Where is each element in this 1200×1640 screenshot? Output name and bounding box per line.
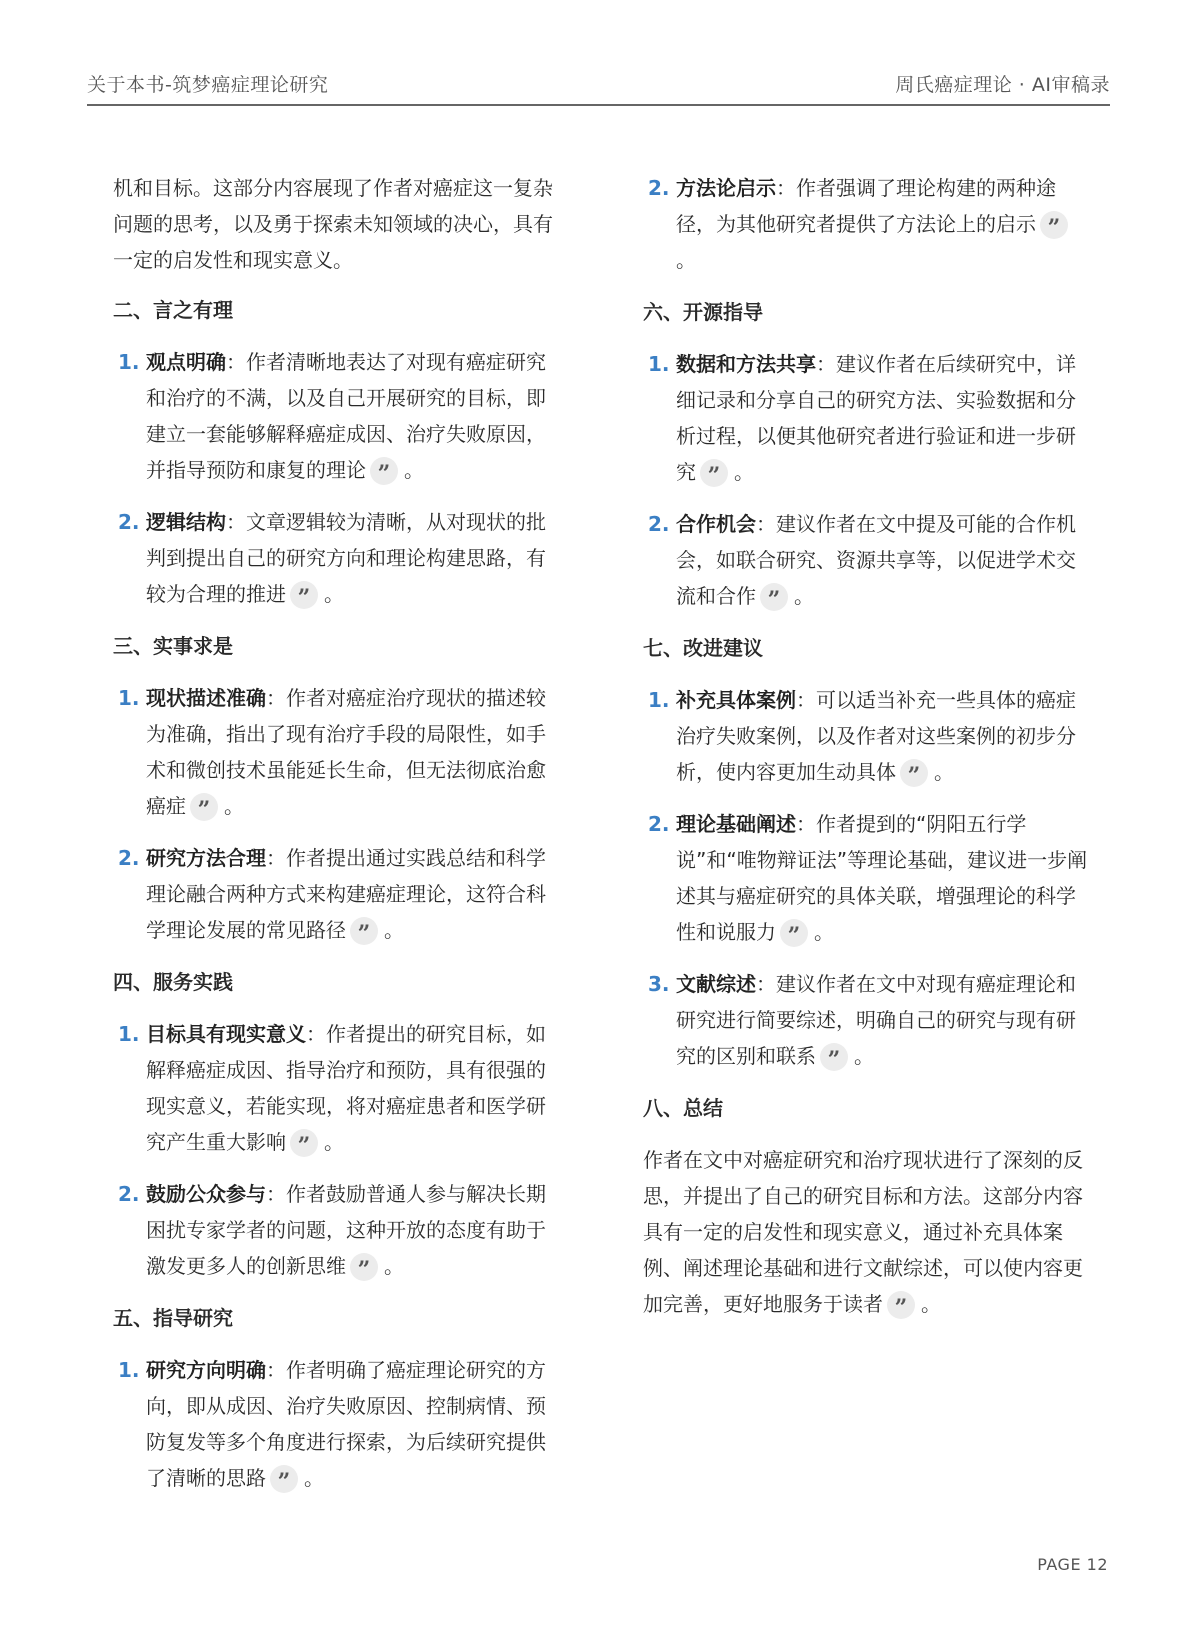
item-separator: ： — [756, 972, 776, 996]
list-number: 2. — [648, 170, 670, 206]
list-number: 1. — [118, 1016, 140, 1052]
citation-quote-icon[interactable]: ” — [290, 1129, 318, 1157]
header-series-title: 周氏癌症理论 · AI审稿录 — [895, 70, 1110, 97]
item-end: 。 — [734, 460, 754, 484]
item-separator: ： — [796, 688, 816, 712]
item-end: 。 — [854, 1044, 874, 1068]
item-term: 观点明确 — [146, 350, 226, 374]
list-number: 1. — [648, 346, 670, 382]
item-separator: ： — [756, 512, 776, 536]
citation-quote-icon[interactable]: ” — [1040, 211, 1068, 239]
list-number: 1. — [118, 680, 140, 716]
list-item: 1. 目标具有现实意义：作者提出的研究目标，如解释癌症成因、指导治疗和预防，具有… — [113, 1016, 563, 1160]
item-term: 合作机会 — [676, 512, 756, 536]
item-separator: ： — [306, 1022, 326, 1046]
item-term: 文献综述 — [676, 972, 756, 996]
intro-paragraph: 机和目标。这部分内容展现了作者对癌症这一复杂问题的思考，以及勇于探索未知领域的决… — [113, 170, 563, 278]
citation-quote-icon[interactable]: ” — [887, 1291, 915, 1319]
two-column-body: 机和目标。这部分内容展现了作者对癌症这一复杂问题的思考，以及勇于探索未知领域的决… — [113, 170, 1113, 1512]
citation-quote-icon[interactable]: ” — [760, 583, 788, 611]
item-end: 。 — [404, 458, 424, 482]
item-separator: ： — [266, 1182, 286, 1206]
item-term: 逻辑结构 — [146, 510, 226, 534]
citation-quote-icon[interactable]: ” — [270, 1465, 298, 1493]
item-separator: ： — [226, 350, 246, 374]
citation-quote-icon[interactable]: ” — [780, 919, 808, 947]
section-title: 六、开源指导 — [643, 294, 1093, 330]
citation-quote-icon[interactable]: ” — [190, 793, 218, 821]
item-end: 。 — [384, 1254, 404, 1278]
citation-quote-icon[interactable]: ” — [820, 1043, 848, 1071]
section-title: 七、改进建议 — [643, 630, 1093, 666]
item-end: 。 — [814, 920, 834, 944]
list-number: 1. — [648, 682, 670, 718]
citation-quote-icon[interactable]: ” — [370, 457, 398, 485]
citation-quote-icon[interactable]: ” — [290, 581, 318, 609]
item-separator: ： — [266, 686, 286, 710]
item-end: 。 — [324, 1130, 344, 1154]
list-number: 2. — [118, 1176, 140, 1212]
citation-quote-icon[interactable]: ” — [350, 917, 378, 945]
item-separator: ： — [226, 510, 246, 534]
item-term: 现状描述准确 — [146, 686, 266, 710]
list-item: 1. 补充具体案例：可以适当补充一些具体的癌症治疗失败案例，以及作者对这些案例的… — [643, 682, 1093, 790]
list-number: 2. — [648, 806, 670, 842]
item-term: 理论基础阐述 — [676, 812, 796, 836]
list-number: 2. — [118, 840, 140, 876]
item-end: 。 — [676, 248, 696, 272]
item-term: 数据和方法共享 — [676, 352, 816, 376]
list-item: 1. 数据和方法共享：建议作者在后续研究中，详细记录和分享自己的研究方法、实验数… — [643, 346, 1093, 490]
list-number: 2. — [118, 504, 140, 540]
item-term: 目标具有现实意义 — [146, 1022, 306, 1046]
list-number: 1. — [118, 344, 140, 380]
item-end: 。 — [934, 760, 954, 784]
item-term: 方法论启示 — [676, 176, 776, 200]
item-separator: ： — [266, 1358, 286, 1382]
summary-text: 作者在文中对癌症研究和治疗现状进行了深刻的反思，并提出了自己的研究目标和方法。这… — [643, 1148, 1083, 1316]
list-item: 2. 鼓励公众参与：作者鼓励普通人参与解决长期困扰专家学者的问题，这种开放的态度… — [113, 1176, 563, 1284]
header-book-title: 关于本书-筑梦癌症理论研究 — [87, 70, 328, 97]
citation-quote-icon[interactable]: ” — [350, 1253, 378, 1281]
item-separator: ： — [266, 846, 286, 870]
citation-quote-icon[interactable]: ” — [900, 759, 928, 787]
section-title: 五、指导研究 — [113, 1300, 563, 1336]
page-header: 关于本书-筑梦癌症理论研究 周氏癌症理论 · AI审稿录 — [87, 70, 1110, 106]
page-number: PAGE 12 — [1037, 1555, 1108, 1574]
item-term: 研究方法合理 — [146, 846, 266, 870]
section-title: 二、言之有理 — [113, 292, 563, 328]
item-separator: ： — [796, 812, 816, 836]
item-term: 补充具体案例 — [676, 688, 796, 712]
list-item: 2. 研究方法合理：作者提出通过实践总结和科学理论融合两种方式来构建癌症理论，这… — [113, 840, 563, 948]
item-end: 。 — [384, 918, 404, 942]
list-item: 3. 文献综述：建议作者在文中对现有癌症理论和研究进行简要综述，明确自己的研究与… — [643, 966, 1093, 1074]
right-column: 2. 方法论启示：作者强调了理论构建的两种途径，为其他研究者提供了方法论上的启示… — [643, 170, 1093, 1512]
list-number: 3. — [648, 966, 670, 1002]
item-term: 鼓励公众参与 — [146, 1182, 266, 1206]
list-item: 2. 理论基础阐述：作者提到的“阴阳五行学说”和“唯物辩证法”等理论基础，建议进… — [643, 806, 1093, 950]
item-end: 。 — [324, 582, 344, 606]
list-item: 1. 观点明确：作者清晰地表达了对现有癌症研究和治疗的不满，以及自己开展研究的目… — [113, 344, 563, 488]
item-term: 研究方向明确 — [146, 1358, 266, 1382]
citation-quote-icon[interactable]: ” — [700, 459, 728, 487]
item-separator: ： — [776, 176, 796, 200]
section-title: 八、总结 — [643, 1090, 1093, 1126]
list-number: 2. — [648, 506, 670, 542]
list-item: 1. 现状描述准确：作者对癌症治疗现状的描述较为准确，指出了现有治疗手段的局限性… — [113, 680, 563, 824]
list-item: 2. 逻辑结构：文章逻辑较为清晰，从对现状的批判到提出自己的研究方向和理论构建思… — [113, 504, 563, 612]
list-item: 2. 合作机会：建议作者在文中提及可能的合作机会，如联合研究、资源共享等，以促进… — [643, 506, 1093, 614]
left-column: 机和目标。这部分内容展现了作者对癌症这一复杂问题的思考，以及勇于探索未知领域的决… — [113, 170, 563, 1512]
item-end: 。 — [224, 794, 244, 818]
section-title: 三、实事求是 — [113, 628, 563, 664]
list-item: 2. 方法论启示：作者强调了理论构建的两种途径，为其他研究者提供了方法论上的启示… — [643, 170, 1093, 278]
list-number: 1. — [118, 1352, 140, 1388]
summary-end: 。 — [921, 1292, 941, 1316]
list-item: 1. 研究方向明确：作者明确了癌症理论研究的方向，即从成因、治疗失败原因、控制病… — [113, 1352, 563, 1496]
item-end: 。 — [304, 1466, 324, 1490]
item-end: 。 — [794, 584, 814, 608]
section-title: 四、服务实践 — [113, 964, 563, 1000]
summary-paragraph: 作者在文中对癌症研究和治疗现状进行了深刻的反思，并提出了自己的研究目标和方法。这… — [643, 1142, 1093, 1322]
item-separator: ： — [816, 352, 836, 376]
